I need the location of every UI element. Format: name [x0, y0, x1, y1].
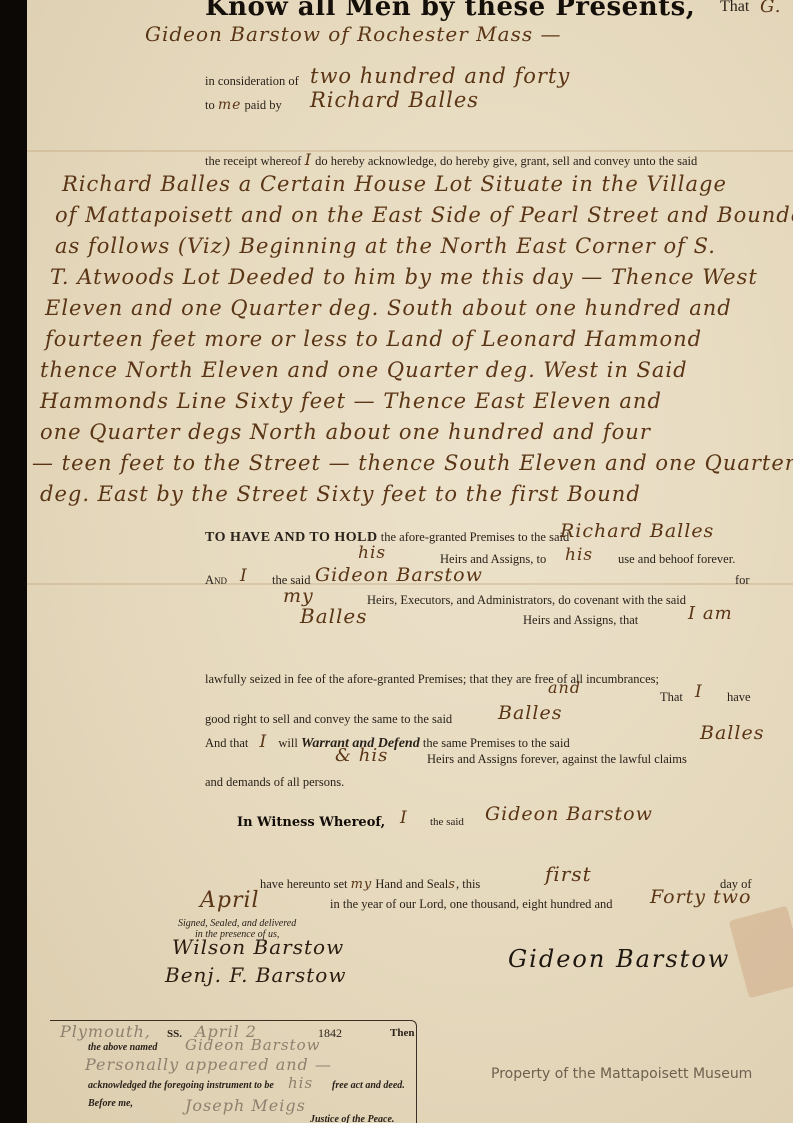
description-line: Richard Balles a Certain House Lot Situa… [62, 172, 727, 196]
ack-name: Gideon Barstow [185, 1036, 320, 1054]
witness-label: In Witness Whereof, [237, 815, 385, 830]
description-line: T. Atwoods Lot Deeded to him by me this … [50, 265, 758, 289]
description-line: thence North Eleven and one Quarter deg.… [40, 358, 688, 382]
justice-label: Justice of the Peace. [310, 1114, 394, 1123]
day-hand: first [545, 862, 592, 886]
description-line: of Mattapoisett and on the East Side of … [55, 203, 793, 227]
hand-his: his [565, 545, 593, 565]
behoof-text: use and behoof forever. [618, 552, 735, 567]
forever-text: Heirs and Assigns forever, against the l… [427, 752, 687, 767]
grantor-signature: Gideon Barstow [508, 945, 730, 973]
grantor-name: Gideon Barstow [485, 803, 653, 825]
appeared-hand: Personally appeared and — [85, 1055, 332, 1074]
for-label: for [735, 573, 750, 588]
have-text: have [727, 690, 751, 705]
description-line: as follows (Viz) Beginning at the North … [55, 234, 716, 258]
hand-i-am: I am [688, 603, 733, 624]
grantee-surname: Balles [700, 722, 764, 744]
habendum-line: TO HAVE AND TO HOLD the afore-granted Pr… [205, 530, 569, 546]
grantee-surname: Balles [498, 702, 562, 724]
month-hand: April [200, 888, 260, 913]
demands-text: and demands of all persons. [205, 775, 344, 790]
hand-his: his [358, 543, 386, 563]
witness-signature: Benj. F. Barstow [165, 963, 346, 987]
then-label: Then [390, 1027, 414, 1039]
paid-by-name: Richard Balles [310, 88, 479, 112]
ack-his: his [288, 1074, 313, 1092]
right-to-sell-text: good right to sell and convey the same t… [205, 712, 452, 727]
free-act-label: free act and deed. [332, 1080, 405, 1091]
justice-signature: Joseph Meigs [185, 1096, 306, 1115]
museum-watermark: Property of the Mattapoisett Museum [491, 1066, 752, 1082]
scan-border [0, 0, 27, 1123]
hand-seal-line: have hereunto set my Hand and Seals, thi… [260, 877, 480, 892]
description-line: Eleven and one Quarter deg. South about … [45, 296, 732, 320]
before-me-label: Before me, [88, 1098, 133, 1109]
covenant-text: Heirs, Executors, and Administrators, do… [367, 593, 686, 608]
hand-i: I [695, 682, 703, 702]
ack-year: 1842 [318, 1026, 342, 1041]
hand-and: and [548, 678, 581, 697]
heirs-assigns-that: Heirs and Assigns, that [523, 613, 638, 628]
description-line: fourteen feet more or less to Land of Le… [45, 327, 702, 351]
and-label: And [205, 573, 227, 588]
grantee-surname: Balles [300, 604, 368, 628]
that-text: That [660, 690, 683, 705]
deed-heading: Know all Men by these Presents, [205, 0, 695, 22]
ss-label: SS. [167, 1028, 182, 1040]
the-said-text: the said [430, 816, 464, 828]
grantor-name: Gideon Barstow [315, 564, 483, 586]
signed-label: Signed, Sealed, and delivered [178, 918, 296, 929]
grantee-name: Richard Balles [560, 520, 714, 542]
hand-i: I [400, 808, 408, 828]
consideration-label: in consideration of [205, 74, 299, 89]
consideration-amount: two hundred and forty [310, 64, 570, 88]
ack-text: acknowledged the foregoing instrument to… [88, 1080, 274, 1091]
paid-label: to me paid by [205, 97, 282, 113]
description-line: — teen feet to the Street — thence South… [32, 451, 793, 475]
grantor-line: Gideon Barstow of Rochester Mass — [145, 22, 561, 46]
that-label: That [720, 0, 749, 16]
witness-signature: Wilson Barstow [172, 935, 344, 959]
description-line: deg. East by the Street Sixty feet to th… [40, 482, 641, 506]
year-hand: Forty two [650, 886, 751, 908]
hand-i: I [240, 566, 248, 586]
year-of-lord-text: in the year of our Lord, one thousand, e… [330, 897, 613, 912]
that-hand: G. [760, 0, 781, 17]
description-line: Hammonds Line Sixty feet — Thence East E… [40, 389, 662, 413]
receipt-line: the receipt whereof I do hereby acknowle… [205, 150, 697, 169]
hand-and-his: & his [335, 745, 388, 766]
description-line: one Quarter degs North about one hundred… [40, 420, 651, 444]
above-named-label: the above named [88, 1042, 157, 1053]
seized-text: lawfully seized in fee of the afore-gran… [205, 672, 659, 687]
county-hand: Plymouth, [60, 1022, 151, 1041]
